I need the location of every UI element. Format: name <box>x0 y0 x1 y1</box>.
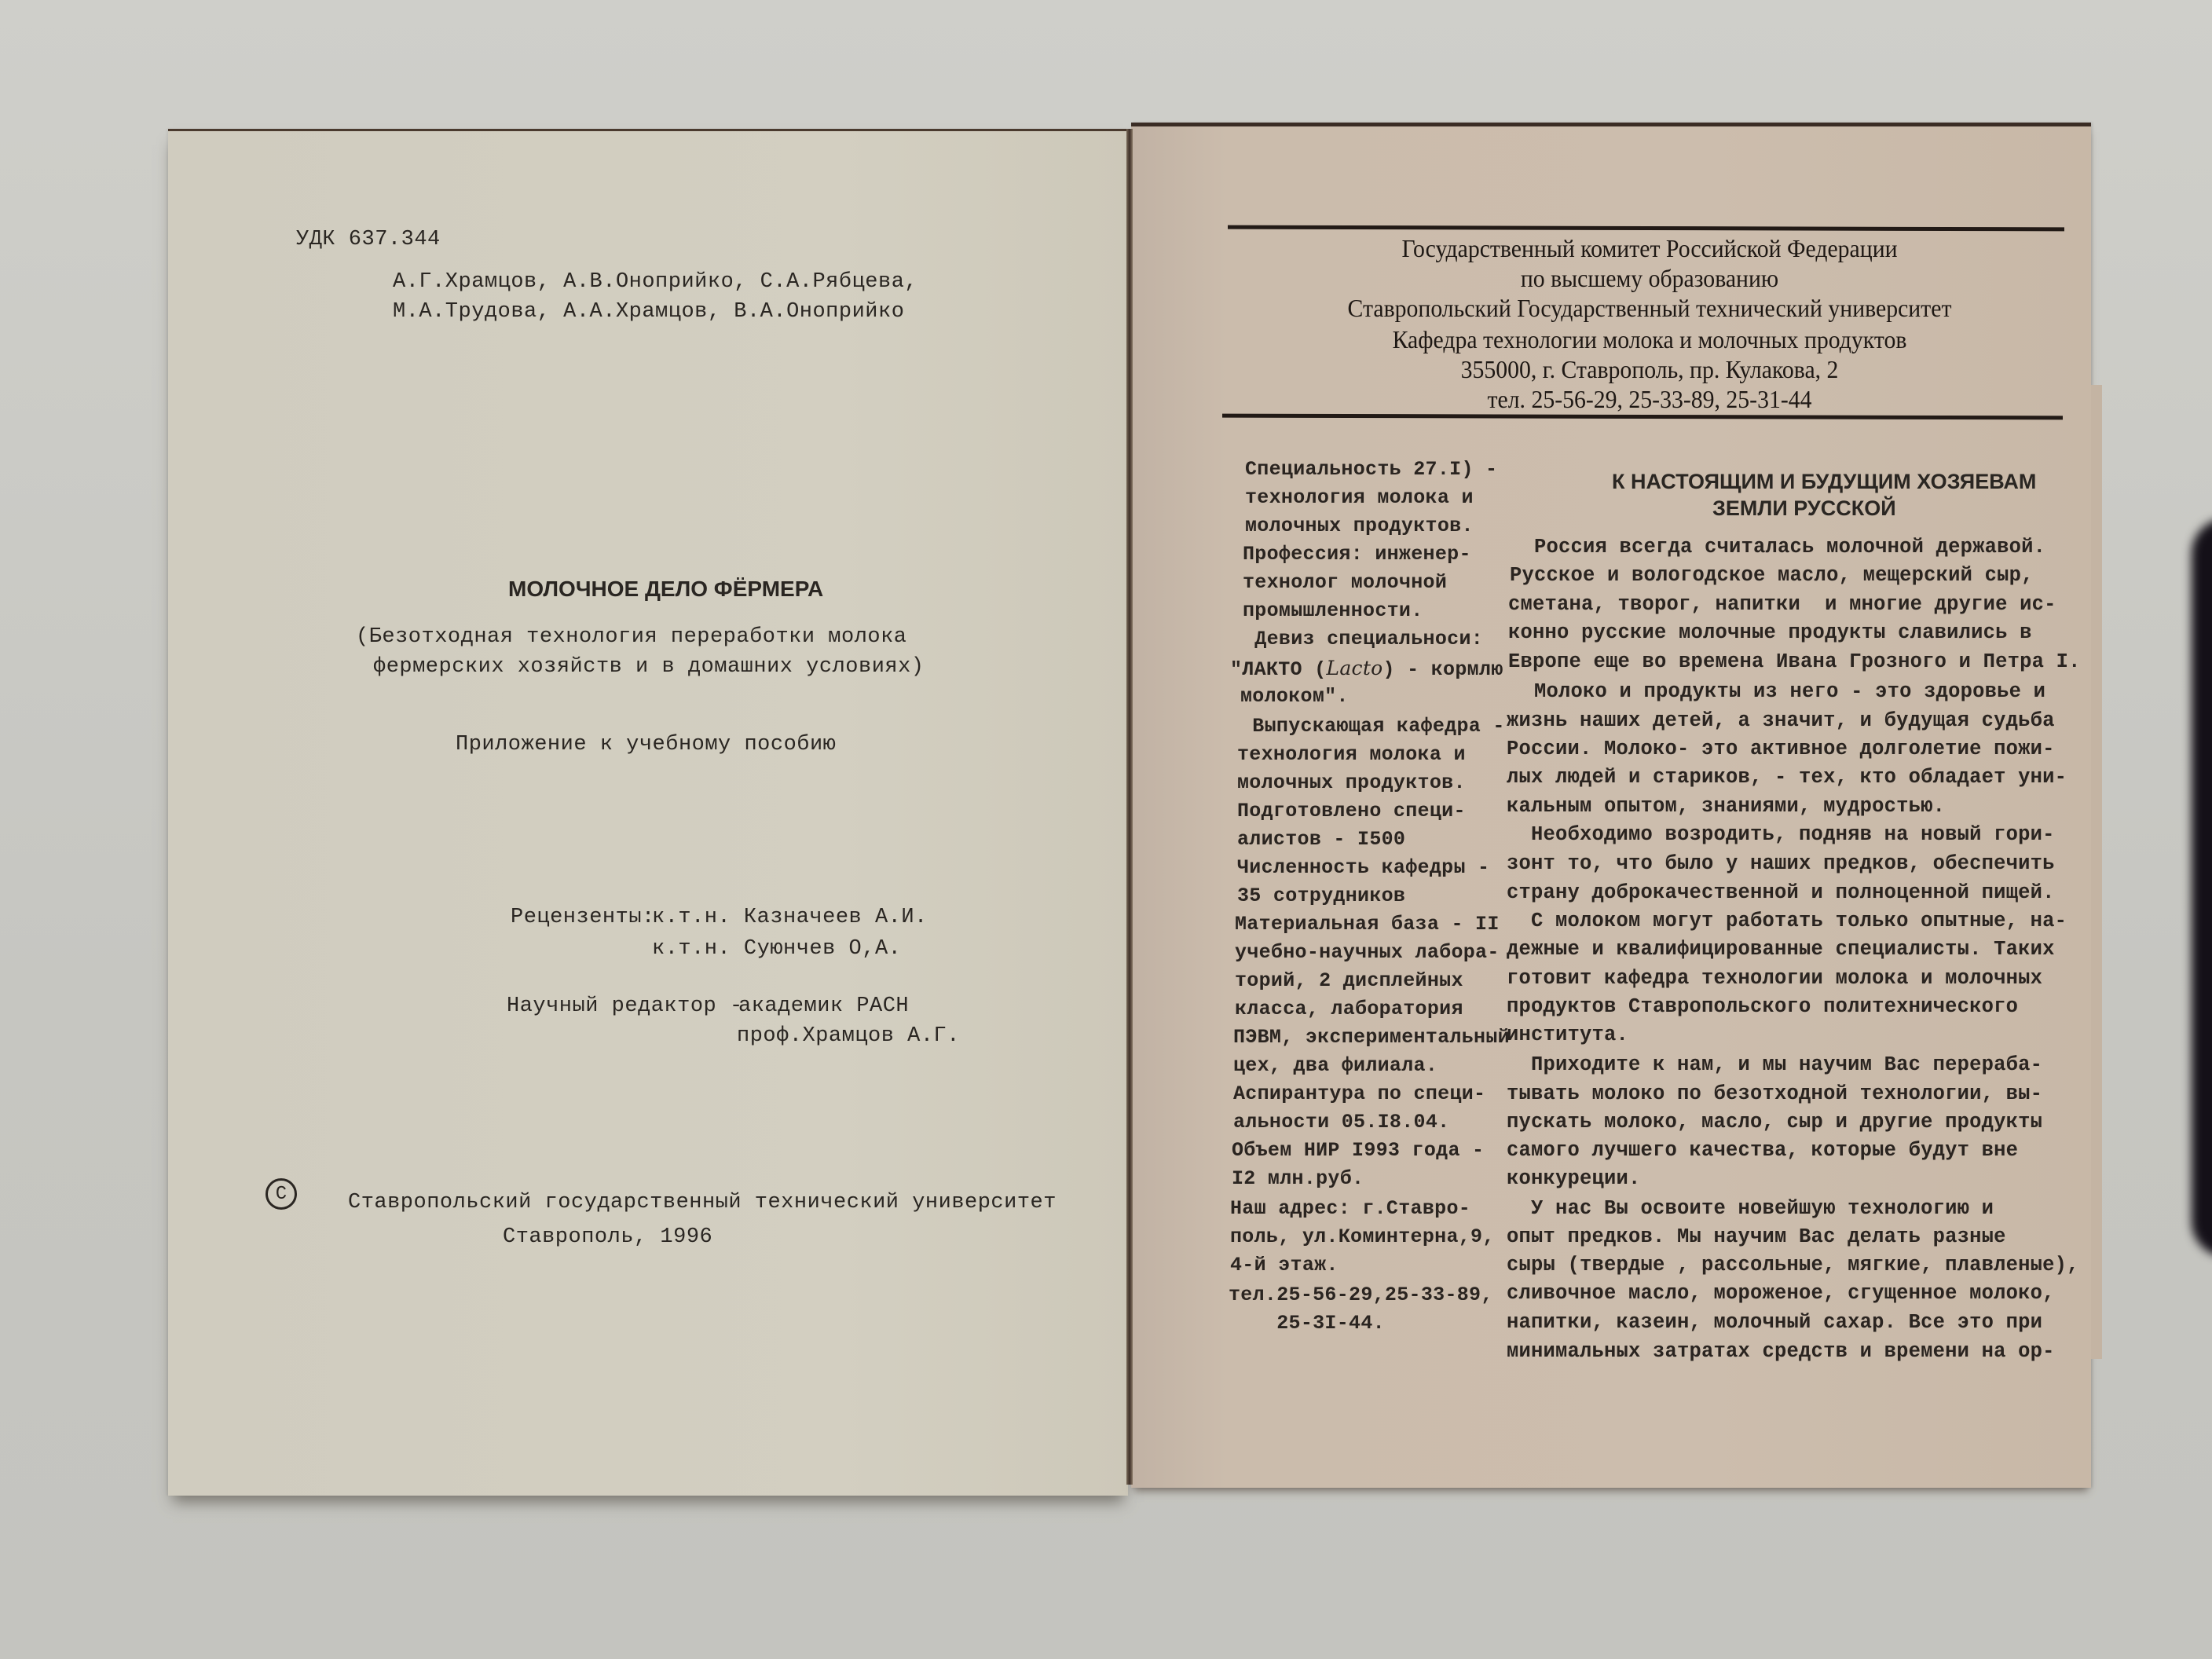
sidebar-line: I2 млн.руб. <box>1232 1169 1364 1188</box>
sidebar-line: промышленности. <box>1243 601 1423 621</box>
subtitle-line-2: фермерских хозяйств и в домашних условия… <box>373 657 925 678</box>
sidebar-line: Профессия: инженер- <box>1243 544 1471 564</box>
article-heading-2: ЗЕМЛИ РУССКОЙ <box>1712 498 1896 519</box>
city-year: Ставрополь, 1996 <box>503 1227 712 1248</box>
sidebar-line: Материальная база - II <box>1235 914 1500 934</box>
article-line: Приходите к нам, и мы научим Вас перераб… <box>1507 1055 2042 1075</box>
header-line-5: 355000, г. Ставрополь, пр. Кулакова, 2 <box>1255 357 2044 382</box>
sidebar-line: технология молока и <box>1237 745 1466 764</box>
sidebar-line: тел.25-56-29,25-33-89, <box>1229 1285 1493 1305</box>
left-page <box>168 129 1128 1496</box>
reviewer-2: к.т.н. Суюнчев О,А. <box>652 939 901 960</box>
article-line: института. <box>1507 1025 1628 1046</box>
subtitle-line-1: (Безотходная технология переработки моло… <box>356 627 907 648</box>
sidebar-line: технолог молочной <box>1243 573 1447 592</box>
editor-label: Научный редактор - <box>507 996 743 1017</box>
article-line: конно русские молочные продукты славилис… <box>1508 623 2032 643</box>
sidebar-line: алистов - I500 <box>1237 829 1405 849</box>
sidebar-line: 35 сотрудников <box>1237 886 1405 906</box>
sidebar-line: 4-й этаж. <box>1230 1255 1339 1275</box>
editor-line-1: академик РАСН <box>738 996 909 1017</box>
article-line: жизнь наших детей, а значит, и будущая с… <box>1507 711 2055 731</box>
sidebar-line: молоком". <box>1240 687 1349 706</box>
article-line: сливочное масло, мороженое, сгущенное мо… <box>1507 1284 2055 1304</box>
article-line: Россия всегда считалась молочной державо… <box>1510 537 2045 558</box>
sidebar-line: альности 05.I8.04. <box>1233 1112 1449 1132</box>
article-line: пускать молоко, масло, сыр и другие прод… <box>1507 1112 2042 1133</box>
sidebar-line: торий, 2 дисплейных <box>1235 971 1463 991</box>
lacto-handwritten: Lacto <box>1326 657 1382 679</box>
article-line: опыт предков. Мы научим Вас делать разны… <box>1507 1227 2006 1247</box>
sidebar-line: Подготовлено специ- <box>1237 801 1466 821</box>
header-line-2: по высшему образованию <box>1255 266 2044 291</box>
sidebar-line: поль, ул.Коминтерна,9, <box>1230 1227 1495 1247</box>
article-line: самого лучшего качества, которые будут в… <box>1507 1141 2018 1161</box>
article-line: кальным опытом, знаниями, мудростью. <box>1507 797 1945 817</box>
page-edge-strip <box>2091 385 2102 1359</box>
sidebar-line: 25-3I-44. <box>1229 1313 1385 1333</box>
sidebar-line: Численность кафедры - <box>1237 858 1489 877</box>
article-line: сметана, творог, напитки и многие другие… <box>1508 595 2056 615</box>
sidebar-line: Выпускающая кафедра - <box>1240 716 1505 736</box>
sidebar-line: молочных продуктов. <box>1237 773 1466 793</box>
article-line: Европе еще во времена Ивана Грозного и П… <box>1508 652 2081 672</box>
sidebar-line: ПЭВМ, экспериментальный <box>1233 1027 1510 1047</box>
sidebar-line: Аспирантура по специ- <box>1233 1084 1485 1104</box>
supplement-note: Приложение к учебному пособию <box>456 734 836 756</box>
editor-line-2: проф.Храмцов А.Г. <box>737 1026 960 1047</box>
article-line: минимальных затратах средств и времени н… <box>1507 1342 2055 1362</box>
book-title: МОЛОЧНОЕ ДЕЛО ФЁРМЕРА <box>508 578 823 600</box>
article-line: продуктов Ставропольского политехническо… <box>1507 997 2018 1017</box>
article-line: готовит кафедра технологии молока и моло… <box>1507 969 2042 989</box>
sidebar-line: цех, два филиала. <box>1233 1056 1437 1075</box>
header-line-6: тел. 25-56-29, 25-33-89, 25-31-44 <box>1255 386 2044 412</box>
motto-line: "ЛАКТО (Lacto) - кормлю <box>1230 658 1503 679</box>
article-line: Молоко и продукты из него - это здоровье… <box>1510 682 2045 702</box>
sidebar-line: класса, лаборатория <box>1235 999 1463 1019</box>
article-line: тывать молоко по безотходной технологии,… <box>1507 1084 2042 1104</box>
article-line: У нас Вы освоите новейшую технологию и <box>1507 1199 1994 1219</box>
article-line: лых людей и стариков, - тех, кто обладае… <box>1507 767 2067 788</box>
article-line: зонт то, что было у наших предков, обесп… <box>1507 854 2055 874</box>
article-line: дежные и квалифицированные специалисты. … <box>1507 939 2055 960</box>
authors-line-1: А.Г.Храмцов, А.В.Оноприйко, С.А.Рябцева, <box>393 272 917 293</box>
sidebar-line: Девиз специальноси: <box>1243 629 1483 649</box>
authors-line-2: М.А.Трудова, А.А.Храмцов, В.А.Оноприйко <box>393 302 904 323</box>
article-line: С молоком могут работать только опытные,… <box>1507 911 2067 932</box>
article-line: Русское и вологодское масло, мещерский с… <box>1510 566 2034 586</box>
article-heading-1: К НАСТОЯЩИМ И БУДУЩИМ ХОЗЯЕВАМ <box>1612 471 2036 493</box>
udk-code: УДК 637.344 <box>296 229 441 251</box>
sidebar-line: Наш адрес: г.Ставро- <box>1230 1199 1470 1218</box>
article-line: напитки, казеин, молочный сахар. Все это… <box>1507 1313 2042 1333</box>
sidebar-line: технология молока и <box>1245 488 1474 507</box>
book-spine-fold <box>1126 129 1133 1485</box>
article-line: сыры (твердые , рассольные, мягкие, плав… <box>1507 1255 2079 1276</box>
dark-object-edge <box>2192 518 2212 1257</box>
sidebar-line: Объем НИР I993 года - <box>1232 1141 1484 1160</box>
copyright-icon: C <box>266 1178 297 1210</box>
article-line: конкуреции. <box>1507 1169 1641 1189</box>
header-line-3: Ставропольский Государственный техническ… <box>1255 295 2044 320</box>
sidebar-line: молочных продуктов. <box>1245 516 1474 536</box>
article-line: России. Молоко- это активное долголетие … <box>1507 739 2055 760</box>
reviewer-1: к.т.н. Казначеев А.И. <box>652 907 928 928</box>
reviewers-label: Рецензенты: <box>511 907 655 928</box>
sidebar-line: учебно-научных лабора- <box>1235 943 1500 962</box>
publisher: Ставропольский государственный техническ… <box>348 1192 1057 1214</box>
header-line-4: Кафедра технологии молока и молочных про… <box>1255 327 2044 352</box>
sidebar-line: Специальность 27.I) - <box>1245 460 1497 479</box>
header-line-1: Государственный комитет Российской Федер… <box>1255 236 2044 261</box>
article-line: страну доброкачественной и полноценной п… <box>1507 883 2055 903</box>
article-line: Необходимо возродить, подняв на новый го… <box>1507 825 2055 845</box>
